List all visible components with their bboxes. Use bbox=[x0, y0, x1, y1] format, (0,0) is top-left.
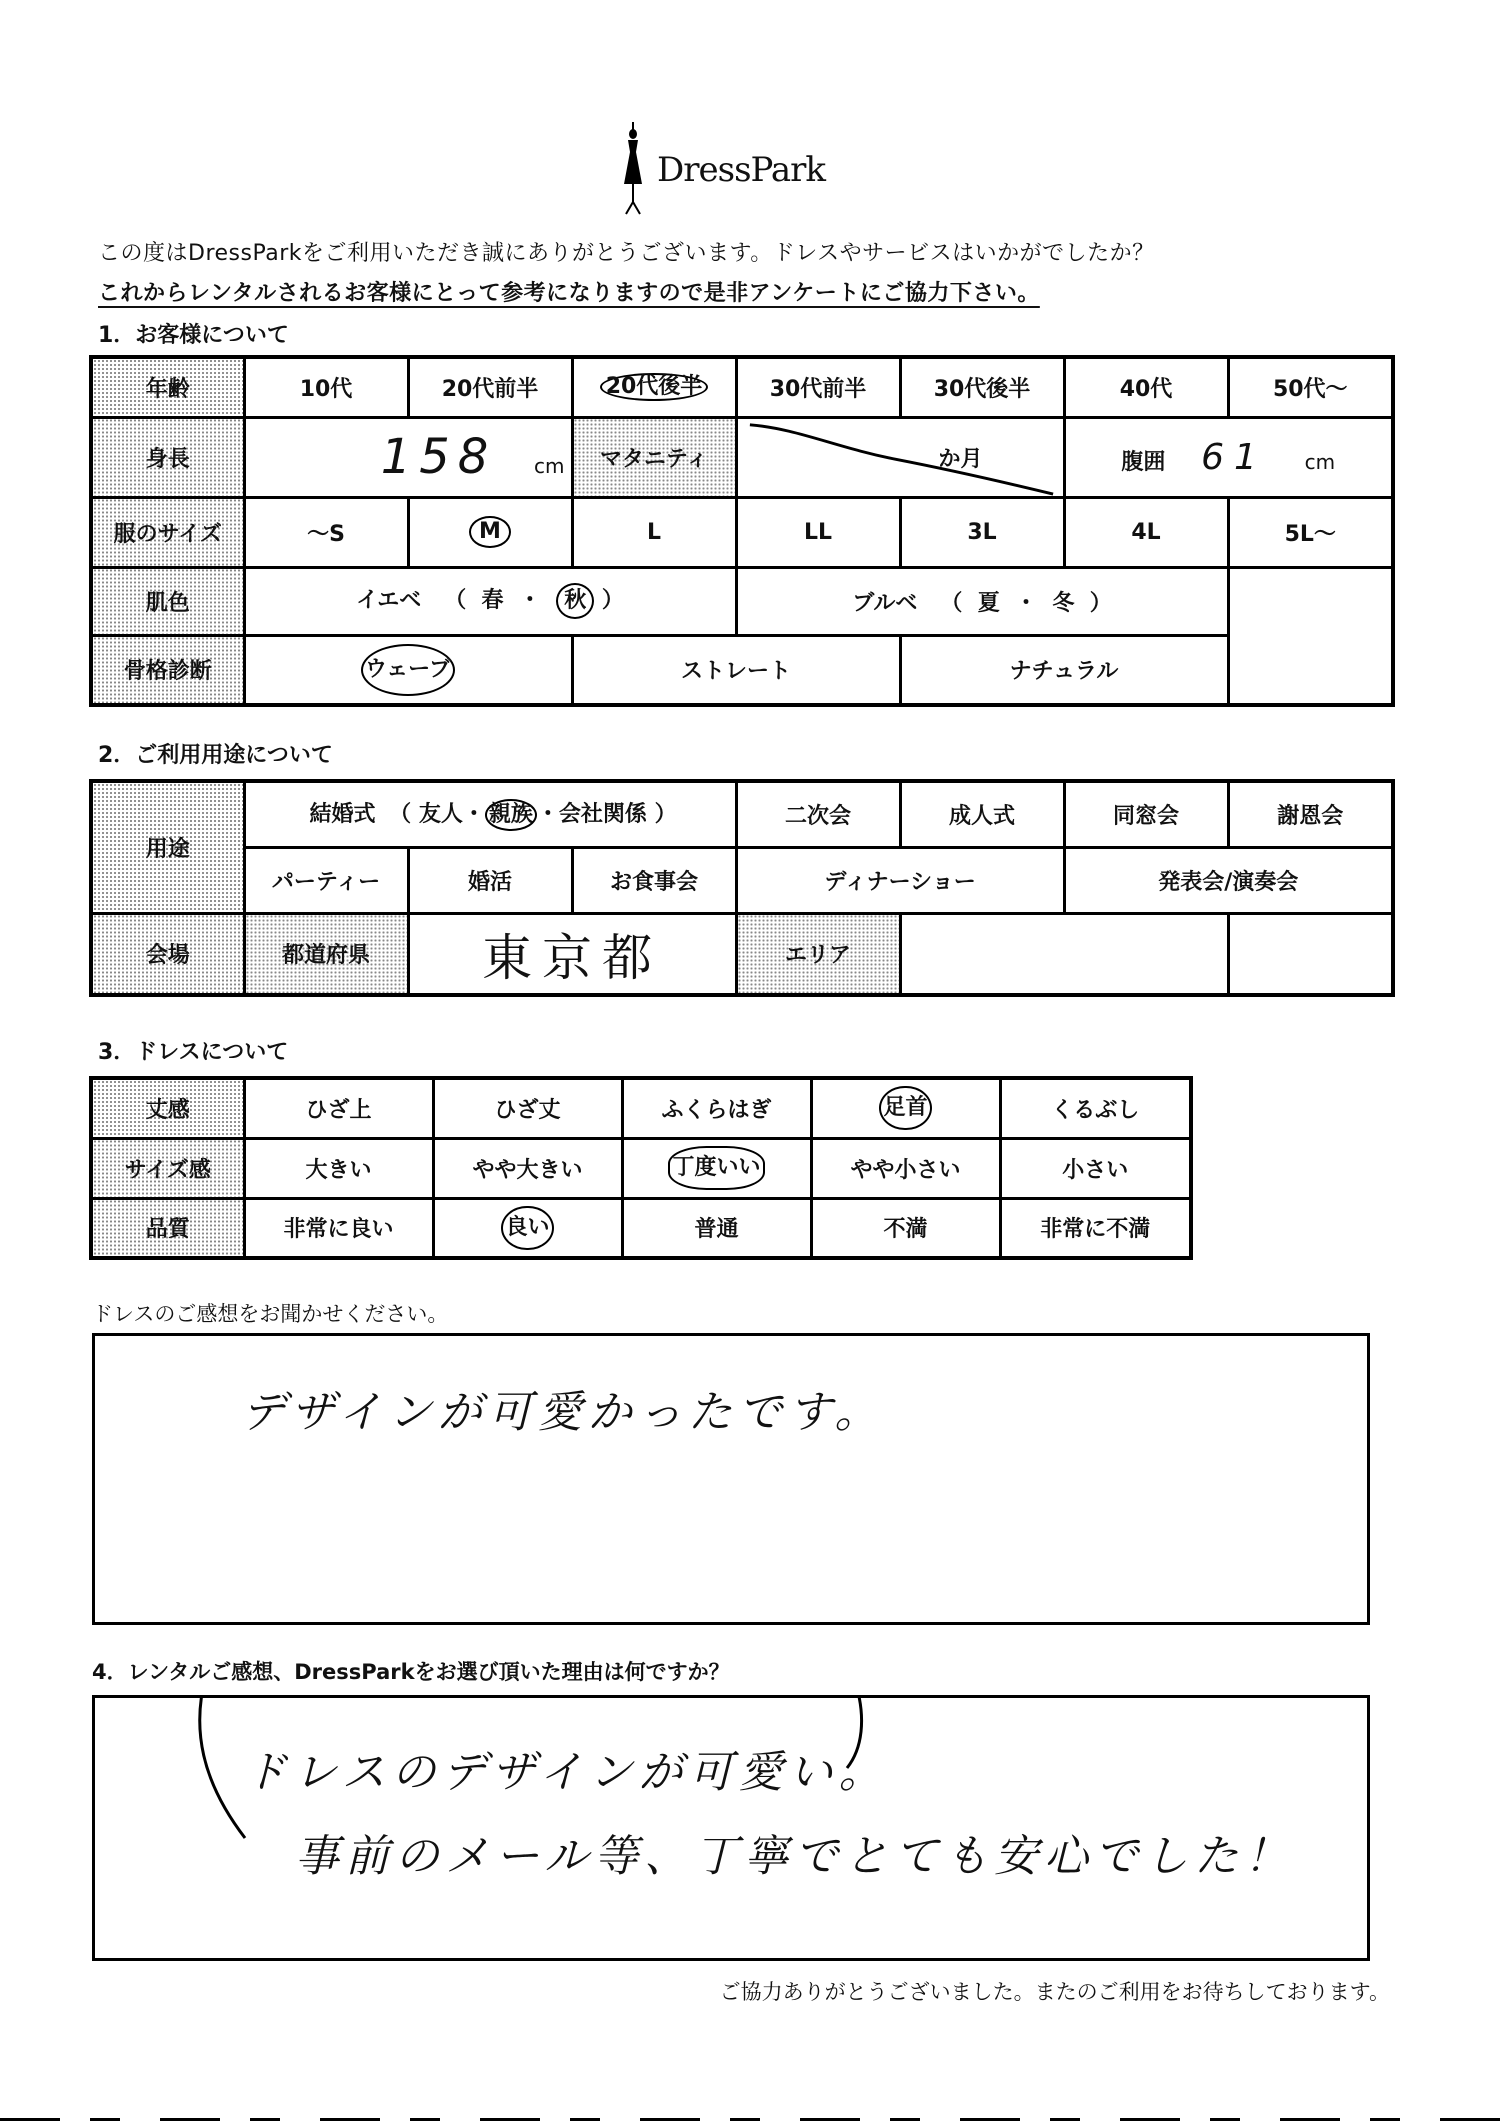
purpose-option[interactable]: 二次会 bbox=[736, 781, 900, 847]
age-option-selected[interactable]: 20代後半 bbox=[572, 357, 736, 417]
skin-row: 肌色 イエベ （ 春 ・ 秋 ） ブルベ （ 夏 ・ 冬 ） bbox=[91, 567, 1393, 635]
size-option[interactable]: 4L bbox=[1064, 497, 1228, 567]
strike-line bbox=[738, 419, 1063, 496]
purpose-option[interactable]: 発表会/演奏会 bbox=[1064, 847, 1393, 913]
selection-circle: ウェーブ bbox=[361, 644, 455, 696]
purpose-option[interactable]: お食事会 bbox=[572, 847, 736, 913]
quality-option[interactable]: 非常に不満 bbox=[1000, 1198, 1191, 1258]
purpose-option[interactable]: 成人式 bbox=[900, 781, 1064, 847]
waist-field[interactable]: 腹囲 61 cm bbox=[1064, 417, 1393, 497]
purpose-option[interactable]: 同窓会 bbox=[1064, 781, 1228, 847]
height-unit: cm bbox=[534, 454, 564, 478]
age-row: 年齢 10代 20代前半 20代後半 30代前半 30代後半 40代 50代～ bbox=[91, 357, 1393, 417]
length-option[interactable]: ひざ丈 bbox=[433, 1078, 622, 1138]
selection-circle: 20代後半 bbox=[600, 373, 709, 401]
skin-yellow-option[interactable]: イエベ （ 春 ・ 秋 ） bbox=[244, 567, 736, 635]
wedding-option[interactable]: 結婚式 （ 友人・親族・会社関係 ） bbox=[244, 781, 736, 847]
waist-value: 61 bbox=[1201, 437, 1267, 478]
fit-option-selected[interactable]: 丁度いい bbox=[622, 1138, 811, 1198]
section3-title: 3．ドレスについて bbox=[98, 1035, 288, 1066]
quality-option[interactable]: 非常に良い bbox=[244, 1198, 433, 1258]
reason-box[interactable]: ドレスのデザインが可愛い。 事前のメール等、丁寧でとても安心でした！ bbox=[92, 1695, 1370, 1961]
length-option-selected[interactable]: 足首 bbox=[811, 1078, 1000, 1138]
age-option[interactable]: 30代前半 bbox=[736, 357, 900, 417]
length-option[interactable]: ひざ上 bbox=[244, 1078, 433, 1138]
quality-option[interactable]: 不満 bbox=[811, 1198, 1000, 1258]
size-row: 服のサイズ ～S M L LL 3L 4L 5L～ bbox=[91, 497, 1393, 567]
maternity-label: マタニティ bbox=[572, 417, 736, 497]
reason-line-1: ドレスのデザインが可愛い。 bbox=[243, 1736, 889, 1800]
fit-option[interactable]: 大きい bbox=[244, 1138, 433, 1198]
skeleton-label: 骨格診断 bbox=[91, 635, 244, 705]
height-label: 身長 bbox=[91, 417, 244, 497]
dress-comment-text: デザインが可愛かったです。 bbox=[241, 1376, 884, 1440]
dress-mannequin-icon bbox=[618, 122, 648, 217]
venue-label: 会場 bbox=[91, 913, 244, 995]
maternity-field[interactable]: か月 bbox=[736, 417, 1064, 497]
area-field[interactable] bbox=[900, 913, 1228, 995]
skeleton-option-selected[interactable]: ウェーブ bbox=[244, 635, 572, 705]
fit-option[interactable]: 小さい bbox=[1000, 1138, 1191, 1198]
purpose-option[interactable]: 婚活 bbox=[408, 847, 572, 913]
reason-line-2: 事前のメール等、丁寧でとても安心でした！ bbox=[295, 1820, 1294, 1884]
purpose-row-1: 用途 結婚式 （ 友人・親族・会社関係 ） 二次会 成人式 同窓会 謝恩会 bbox=[91, 781, 1393, 847]
purpose-option[interactable]: ディナーショー bbox=[736, 847, 1064, 913]
quality-option-selected[interactable]: 良い bbox=[433, 1198, 622, 1258]
scan-edge bbox=[0, 2118, 1500, 2121]
age-option[interactable]: 20代前半 bbox=[408, 357, 572, 417]
fit-row: サイズ感 大きい やや大きい 丁度いい やや小さい 小さい bbox=[91, 1138, 1191, 1198]
age-option[interactable]: 40代 bbox=[1064, 357, 1228, 417]
selection-circle: 丁度いい bbox=[668, 1146, 764, 1190]
dress-comment-box[interactable]: デザインが可愛かったです。 bbox=[92, 1333, 1370, 1625]
selection-circle: 足首 bbox=[879, 1086, 931, 1130]
logo-text: DressPark bbox=[657, 150, 825, 190]
customer-table: 年齢 10代 20代前半 20代後半 30代前半 30代後半 40代 50代～ … bbox=[89, 355, 1395, 707]
area-label: エリア bbox=[736, 913, 900, 995]
skeleton-row: 骨格診断 ウェーブ ストレート ナチュラル bbox=[91, 635, 1393, 705]
dress-comment-label: ドレスのご感想をお聞かせください。 bbox=[92, 1298, 448, 1328]
size-option[interactable]: ～S bbox=[244, 497, 408, 567]
dresspark-logo: DressPark bbox=[612, 122, 852, 222]
selection-circle: M bbox=[469, 516, 511, 548]
size-option-selected[interactable]: M bbox=[408, 497, 572, 567]
section4-title: 4．レンタルご感想、DressParkをお選び頂いた理由は何ですか？ bbox=[92, 1656, 730, 1686]
skin-label: 肌色 bbox=[91, 567, 244, 635]
fit-option[interactable]: やや大きい bbox=[433, 1138, 622, 1198]
purpose-option[interactable]: パーティー bbox=[244, 847, 408, 913]
fit-option[interactable]: やや小さい bbox=[811, 1138, 1000, 1198]
selection-circle: 結婚式 bbox=[303, 801, 381, 829]
usage-table: 用途 結婚式 （ 友人・親族・会社関係 ） 二次会 成人式 同窓会 謝恩会 パー… bbox=[89, 779, 1395, 997]
venue-row: 会場 都道府県 東京都 エリア bbox=[91, 913, 1393, 995]
quality-option[interactable]: 普通 bbox=[622, 1198, 811, 1258]
length-row: 丈感 ひざ上 ひざ丈 ふくらはぎ 足首 くるぶし bbox=[91, 1078, 1191, 1138]
selection-circle: 親族 bbox=[485, 799, 537, 831]
maternity-unit: か月 bbox=[938, 447, 982, 472]
thanks-text: ご協力ありがとうございました。またのご利用をお待ちしております。 bbox=[720, 1976, 1390, 2006]
purpose-label: 用途 bbox=[91, 781, 244, 913]
size-option[interactable]: L bbox=[572, 497, 736, 567]
purpose-option[interactable]: 謝恩会 bbox=[1228, 781, 1393, 847]
selection-circle: 秋 bbox=[556, 583, 594, 619]
height-value: 158 bbox=[381, 429, 497, 485]
age-option[interactable]: 10代 bbox=[244, 357, 408, 417]
size-label: 服のサイズ bbox=[91, 497, 244, 567]
length-label: 丈感 bbox=[91, 1078, 244, 1138]
age-option[interactable]: 30代後半 bbox=[900, 357, 1064, 417]
age-label: 年齢 bbox=[91, 357, 244, 417]
size-option[interactable]: 5L～ bbox=[1228, 497, 1393, 567]
quality-label: 品質 bbox=[91, 1198, 244, 1258]
intro-request: これからレンタルされるお客様にとって参考になりますので是非アンケートにご協力下さ… bbox=[98, 276, 1040, 307]
prefecture-value: 東京都 bbox=[482, 929, 662, 987]
fit-label: サイズ感 bbox=[91, 1138, 244, 1198]
waist-unit: cm bbox=[1305, 450, 1335, 474]
quality-row: 品質 非常に良い 良い 普通 不満 非常に不満 bbox=[91, 1198, 1191, 1258]
size-option[interactable]: 3L bbox=[900, 497, 1064, 567]
skeleton-option[interactable]: ナチュラル bbox=[900, 635, 1228, 705]
waist-label: 腹囲 bbox=[1121, 450, 1165, 475]
prefecture-label: 都道府県 bbox=[244, 913, 408, 995]
age-option[interactable]: 50代～ bbox=[1228, 357, 1393, 417]
skin-blue-option[interactable]: ブルベ （ 夏 ・ 冬 ） bbox=[736, 567, 1228, 635]
dress-table: 丈感 ひざ上 ひざ丈 ふくらはぎ 足首 くるぶし サイズ感 大きい やや大きい … bbox=[89, 1076, 1193, 1260]
size-option[interactable]: LL bbox=[736, 497, 900, 567]
height-row: 身長 158 cm マタニティ か月 腹囲 61 cm bbox=[91, 417, 1393, 497]
section1-title: 1．お客様について bbox=[98, 318, 289, 349]
purpose-row-2: パーティー 婚活 お食事会 ディナーショー 発表会/演奏会 bbox=[91, 847, 1393, 913]
selection-circle: 良い bbox=[501, 1206, 553, 1250]
length-option[interactable]: ふくらはぎ bbox=[622, 1078, 811, 1138]
section2-title: 2．ご利用用途について bbox=[98, 738, 333, 769]
prefecture-field[interactable]: 東京都 bbox=[408, 913, 736, 995]
skeleton-option[interactable]: ストレート bbox=[572, 635, 900, 705]
intro-text: この度はDressParkをご利用いただき誠にありがとうございます。ドレスやサー… bbox=[98, 236, 1155, 267]
height-field[interactable]: 158 cm bbox=[244, 417, 572, 497]
length-option[interactable]: くるぶし bbox=[1000, 1078, 1191, 1138]
